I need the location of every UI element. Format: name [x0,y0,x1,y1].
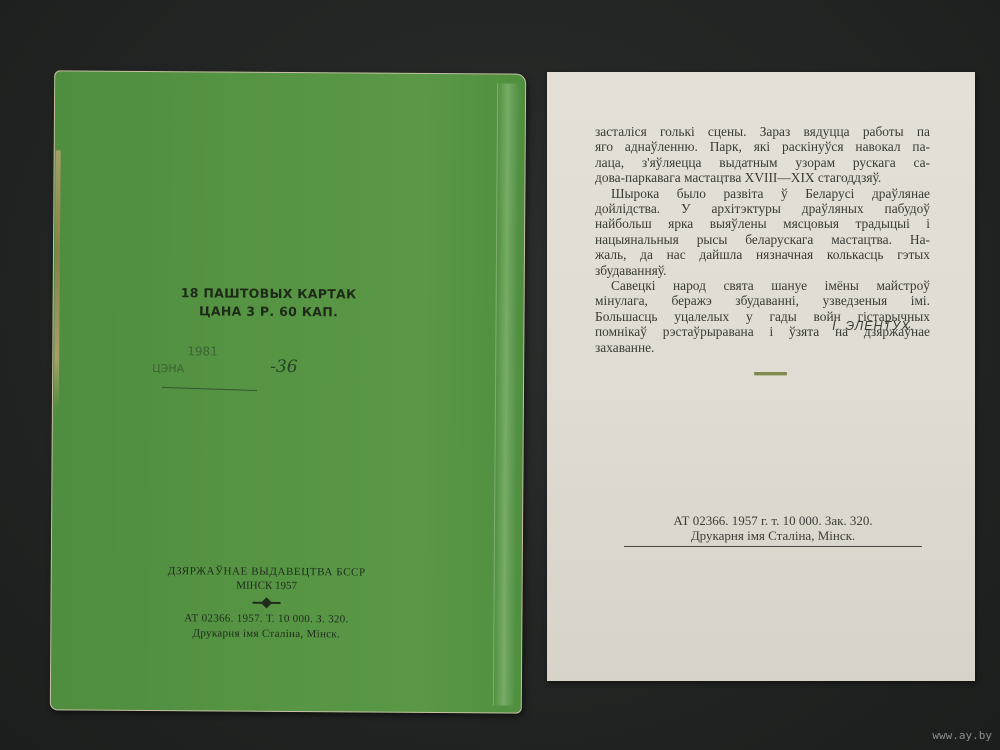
page-text-line: Шырока было развіта ў Беларусі драўлянае [595,186,930,201]
page-text-line: яго аднаўленню. Парк, які раскінуўся нав… [595,139,930,154]
cover-imprint-line-2: Друкарня імя Сталіна, Мінск. [50,625,482,643]
page-text-line: дова-паркавага мастацтва XVIII—XIX стаго… [595,170,930,185]
watermark: www.ay.by [932,729,992,742]
page-text-line: Савецкі народ свята шануе імёны майстроў [595,278,930,293]
handwritten-underline [162,387,257,391]
colophon-line-2: Друкарня імя Сталіна, Мінск. [624,528,922,543]
page-text-line: засталіся голькі сцены. Зараз вядуцца ра… [595,124,930,139]
cover-title: 18 ПАШТОВЫХ КАРТАК ЦАНА 3 Р. 60 КАП. [53,283,525,322]
page-text-line: збудаванняў. [595,263,930,278]
cover-imprint: АТ 02366. 1957. Т. 10 000. З. 320. Друка… [50,610,482,643]
page-colophon: АТ 02366. 1957 г. т. 10 000. Зак. 320. Д… [624,513,922,547]
ornament-divider-icon [252,598,280,608]
cover-title-line-2: ЦАНА 3 Р. 60 КАП. [53,301,485,322]
rule-ornament-icon [754,372,787,375]
handwritten-word: ЦЭНА [152,362,184,375]
printed-insert-page: засталіся голькі сцены. Зараз вядуцца ра… [547,72,975,681]
page-paragraph: Шырока было развіта ў Беларусі драўлянае… [595,186,930,278]
page-text-line: нацыянальныя рысы беларускага мастацтва.… [595,232,930,247]
handwritten-number: -36 [270,357,298,377]
publisher-city-year: МІНСК 1957 [51,577,483,594]
page-paragraph: Савецкі народ свята шануе імёны майстроў… [595,278,930,355]
page-text-line: захаванне. [595,340,930,355]
publisher-block: ДЗЯРЖАЎНАЕ ВЫДАВЕЦТВА БССР МІНСК 1957 АТ… [50,563,523,643]
page-text-line: дойлідства. У архітэктуры драўляных пабу… [595,201,930,216]
green-booklet-back-cover: 18 ПАШТОВЫХ КАРТАК ЦАНА 3 Р. 60 КАП. 198… [50,70,526,713]
page-text-line: лаца, з'яўляецца выдатным узорам рускага… [595,155,930,170]
colophon-line-1: АТ 02366. 1957 г. т. 10 000. Зак. 320. [624,513,922,528]
page-text-line: жаль, да нас дайшла нязначная колькасць … [595,247,930,262]
page-text-line: найбольш ярка выяўлены мясцовыя традыцыі… [595,216,930,231]
author-signature: І. ЭЛЕНТУХ. [832,319,915,333]
page-text-line: мінулага, беражэ збудаванні, узведзеныя … [595,293,930,308]
page-paragraph: засталіся голькі сцены. Зараз вядуцца ра… [595,124,930,186]
handwritten-year: 1981 [187,344,218,358]
